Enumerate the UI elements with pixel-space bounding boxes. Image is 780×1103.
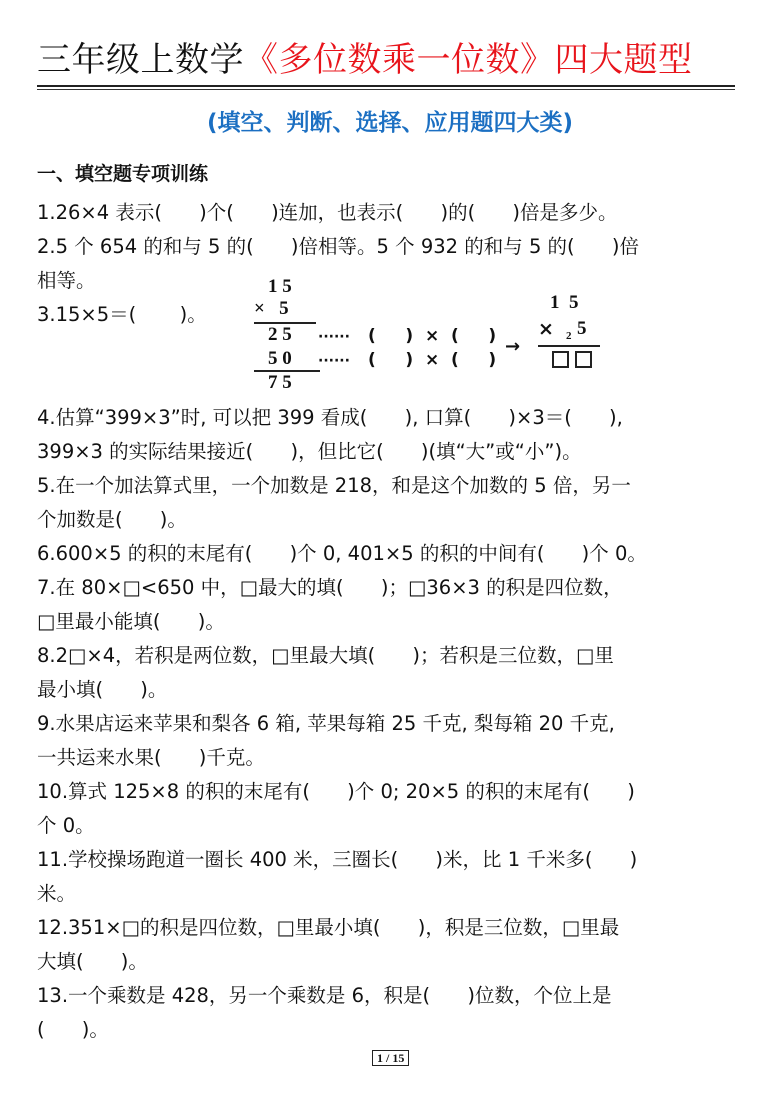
question-line: 6.600×5 的积的末尾有( )个 0, 401×5 的积的中间有( )个 0… [37,539,647,569]
title-highlight: 《多位数乘一位数》 [244,40,555,80]
title-underline [37,85,735,87]
carry-digit: 2 [566,330,572,342]
question-line: 3.15×5＝( )。 [37,300,207,330]
title-underline-thin [37,89,735,90]
question-line: 399×3 的实际结果接近( )，但比它( )(填“大”或“小”)。 [37,437,582,467]
question-line: ( )。 [37,1015,109,1045]
question-line: 4.估算“399×3”时, 可以把 399 看成( ), 口算( )×3＝( )… [37,403,623,433]
divider-line [538,345,600,347]
document-title: 三年级上数学《多位数乘一位数》四大题型 [37,38,737,82]
multiplicand: 1 5 [268,276,292,298]
question-line: 11.学校操场跑道一圈长 400 米，三圈长( )米，比 1 千米多( ) [37,845,637,875]
product-result: 7 5 [268,372,292,394]
blank-expression-2: ( ) × ( ) [368,350,496,370]
answer-box [575,351,592,368]
leader-dots: ······ [318,353,350,369]
question-line: 12.351×□的积是四位数，□里最小填( )，积是三位数，□里最 [37,913,619,943]
question-line: 个加数是( )。 [37,505,187,535]
multiplier: 5 [577,318,587,340]
leader-dots: ······ [318,329,350,345]
question-line: 10.算式 125×8 的积的末尾有( )个 0; 20×5 的积的末尾有( ) [37,777,635,807]
title-prefix: 三年级上数学 [37,40,244,80]
partial-product-1: 2 5 [268,324,292,346]
multiplicand: 1 5 [550,292,579,314]
title-suffix: 四大题型 [555,40,693,80]
question-line: 1.26×4 表示( )个( )连加，也表示( )的( )倍是多少。 [37,198,618,228]
multiplier: × 5 [254,298,289,320]
question-line: 8.2□×4，若积是两位数，□里最大填( )；若积是三位数，□里 [37,641,614,671]
question-line: □里最小能填( )。 [37,607,225,637]
question-line: 米。 [37,879,76,909]
question-line: 5.在一个加法算式里，一个加数是 218，和是这个加数的 5 倍，另一 [37,471,631,501]
question-line: 7.在 80×□<650 中，□最大的填( )；□36×3 的积是四位数， [37,573,623,603]
question-line: 9.水果店运来苹果和梨各 6 箱, 苹果每箱 25 千克, 梨每箱 20 千克, [37,709,615,739]
question-line: 13.一个乘数是 428，另一个乘数是 6，积是( )位数，个位上是 [37,981,611,1011]
question-line: 一共运来水果( )千克。 [37,743,265,773]
question-line: 2.5 个 654 的和与 5 的( )倍相等。5 个 932 的和与 5 的(… [37,232,639,262]
blank-expression-1: ( ) × ( ) [368,326,496,346]
question-line: 最小填( )。 [37,675,167,705]
question-line: 个 0。 [37,811,95,841]
section-heading: 一、填空题专项训练 [37,160,208,188]
question-line: 大填( )。 [37,947,148,977]
question-line: 相等。 [37,266,96,296]
arrow-right-icon: → [505,336,520,357]
page-number: 1 / 15 [372,1050,409,1066]
answer-box [552,351,569,368]
partial-product-2: 5 0 [268,348,292,370]
times-sign: × [538,318,554,340]
subtitle: (填空、判断、选择、应用题四大类) [0,106,780,140]
